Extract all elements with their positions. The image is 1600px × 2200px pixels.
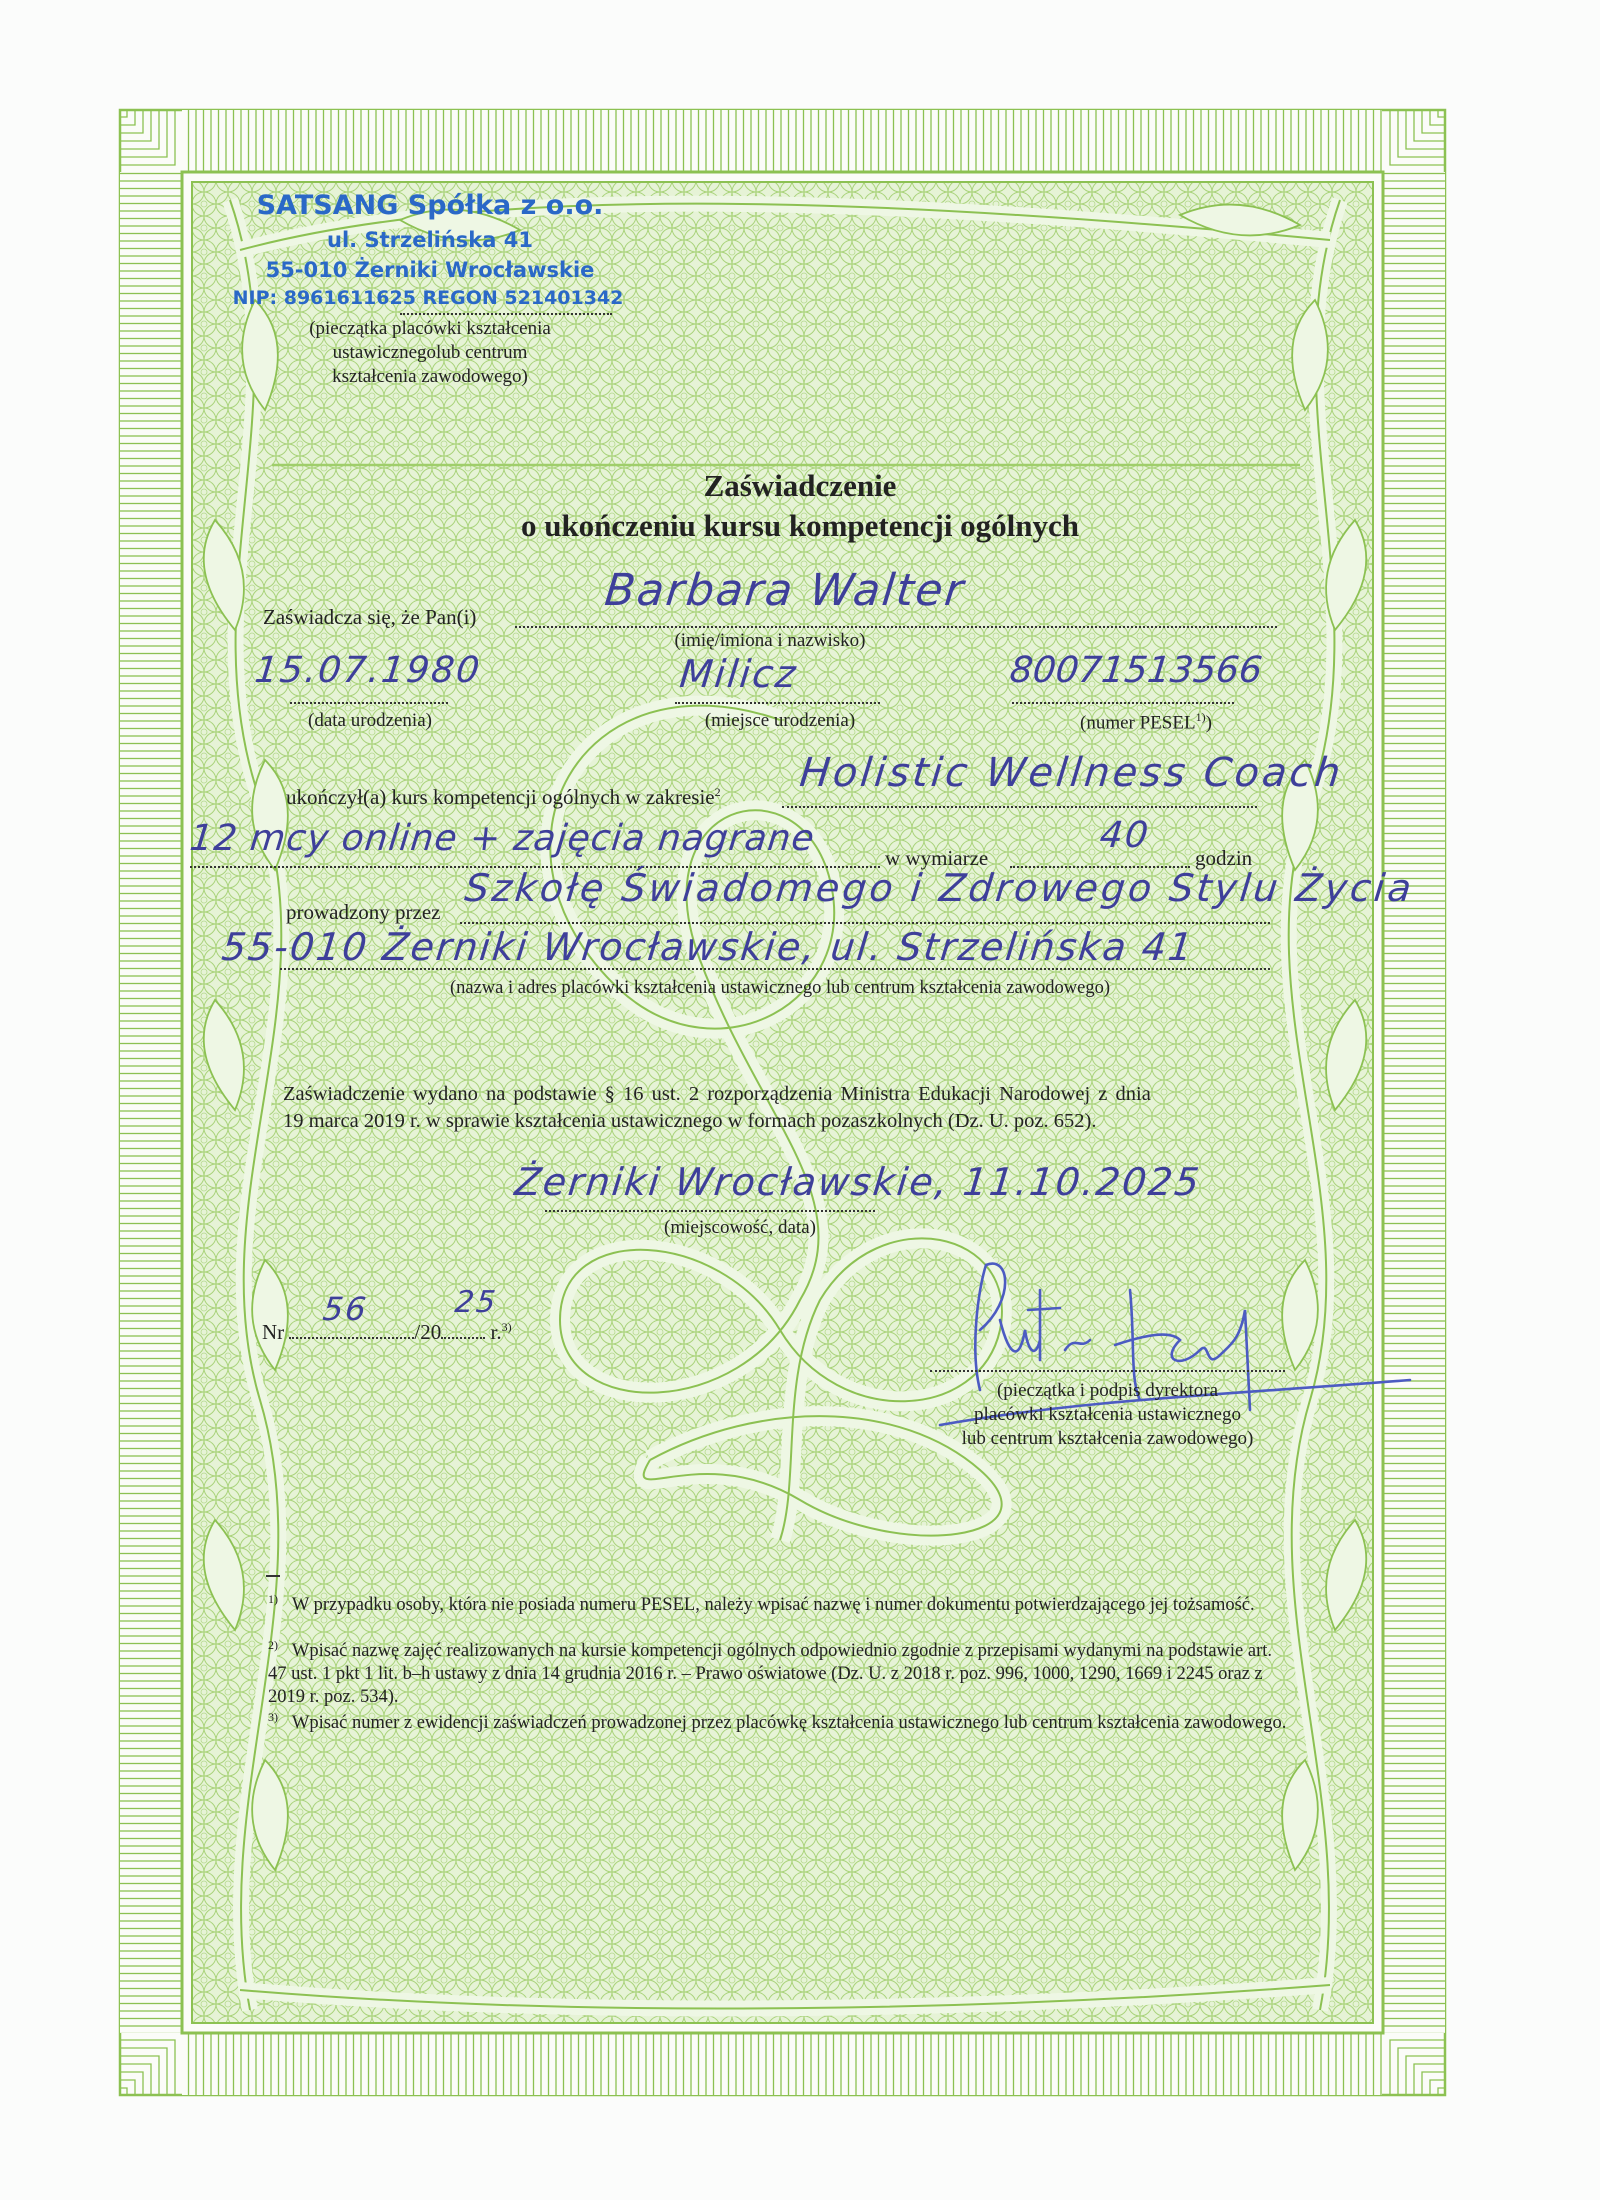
issue-place-date-value: Żerniki Wrocławskie, 11.10.2025 [513,1160,1203,1204]
birth-place-caption: (miejsce urodzenia) [680,710,880,732]
stamp-city: 55-010 Żerniki Wrocławskie [240,258,620,282]
birth-place-value: Milicz [678,652,800,696]
number-year-value: 25 [453,1285,499,1320]
stamp-dotted-line [400,313,612,315]
footnote-1: 1) W przypadku osoby, która nie posiada … [268,1588,1288,1617]
provider-dotted-line [460,922,1270,924]
birth-place-dotted-line [675,702,880,704]
issue-place-date-caption: (miejscowość, data) [640,1217,840,1239]
signature-caption-1: (pieczątka i podpis dyrektora [930,1380,1285,1402]
stamp-ids: NIP: 8961611625 REGON 521401342 [218,287,638,309]
name-dotted-line [515,626,1277,628]
provider-label: prowadzony przez [286,900,441,925]
stamp-caption-2: ustawicznegolub centrum [240,342,620,364]
birth-date-dotted-line [290,702,448,704]
document-subtitle: o ukończeniu kursu kompetencji ogólnych [0,508,1600,544]
pesel-caption: (numer PESEL1)) [1080,710,1212,734]
issue-place-date-dotted-line [545,1210,875,1212]
birth-date-value: 15.07.1980 [253,650,483,691]
provider-name-value: Szkołę Świadomego i Zdrowego Stylu Życia [463,866,1417,910]
course-dotted-line [782,806,1257,808]
pesel-value: 80071513566 [1008,650,1264,691]
stamp-caption-1: (pieczątka placówki kształcenia [240,318,620,340]
footnote-2: 2) Wpisać nazwę zajęć realizowanych na k… [268,1634,1288,1709]
footnote-3: 3) Wpisać numer z ewidencji zaświadczeń … [268,1706,1288,1735]
course-name-value: Holistic Wellness Coach [798,750,1346,796]
provider-address-value: 55-010 Żerniki Wrocławskie, ul. Strzeliń… [220,925,1197,969]
signature-dotted-line [930,1370,1285,1372]
signature-caption-2: placówki kształcenia ustawicznego [930,1404,1285,1426]
signature-caption-3: lub centrum kształcenia zawodowego) [930,1428,1285,1450]
stamp-street: ul. Strzelińska 41 [240,228,620,252]
legal-basis-line-2: 19 marca 2019 r. w sprawie kształcenia u… [283,1110,1096,1133]
legal-basis-line-1: Zaświadczenie wydano na podstawie § 16 u… [283,1083,1151,1106]
stamp-company: SATSANG Spółka z o.o. [240,190,620,221]
birth-date-caption: (data urodzenia) [290,710,450,732]
course-mode-value: 12 mcy online + zajęcia nagrane [188,818,817,859]
number-line: Nr /20 r.3) [262,1320,512,1345]
director-signature [900,1250,1420,1430]
document-title: Zaświadczenie [0,468,1600,504]
full-name-value: Barbara Walter [602,565,967,616]
provider-caption: (nazwa i adres placówki kształcenia usta… [340,978,1220,999]
certifies-label: Zaświadcza się, że Pan(i) [263,605,476,630]
pesel-dotted-line [1012,702,1234,704]
duration-hours-value: 40 [1098,815,1152,856]
stamp-caption-3: kształcenia zawodowego) [240,366,620,388]
full-name-caption: (imię/imiona i nazwisko) [640,630,900,652]
number-value: 56 [321,1290,370,1328]
course-label: ukończył(a) kurs kompetencji ogólnych w … [286,785,721,810]
footnote-separator [266,1575,280,1577]
provider-address-dotted-line [280,968,1270,970]
